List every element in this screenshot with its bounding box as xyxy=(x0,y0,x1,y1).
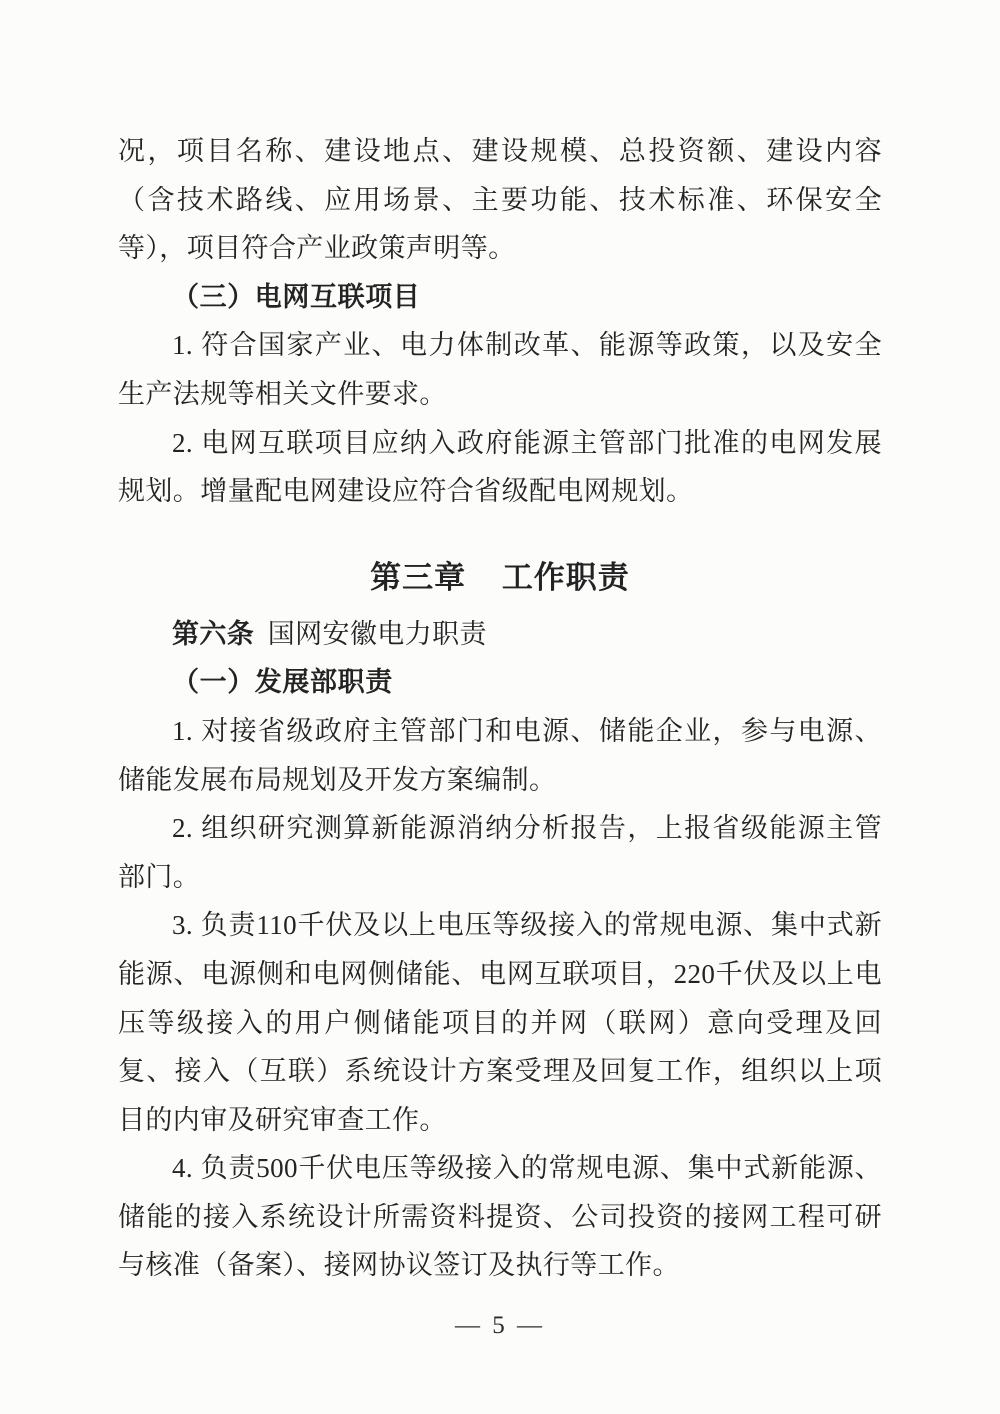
development-duty-3: 3. 负责110千伏及以上电压等级接入的常规电源、集中式新能源、电源侧和电网侧储… xyxy=(118,901,882,1144)
development-duty-4: 4. 负责500千伏电压等级接入的常规电源、集中式新能源、储能的接入系统设计所需… xyxy=(118,1144,882,1290)
page-content: 况，项目名称、建设地点、建设规模、总投资额、建设内容（含技术路线、应用场景、主要… xyxy=(0,0,1000,1290)
grid-section-item-2: 2. 电网互联项目应纳入政府能源主管部门批准的电网发展规划。增量配电网建设应符合… xyxy=(118,419,882,516)
article-title: 国网安徽电力职责 xyxy=(268,619,487,649)
heading-grid-interconnection-projects: （三）电网互联项目 xyxy=(118,273,882,322)
carryover-paragraph: 况，项目名称、建设地点、建设规模、总投资额、建设内容（含技术路线、应用场景、主要… xyxy=(118,127,882,273)
heading-development-dept-duties: （一）发展部职责 xyxy=(118,658,882,707)
chapter-title: 工作职责 xyxy=(502,560,630,595)
chapter-heading: 第三章工作职责 xyxy=(118,553,882,602)
article-number: 第六条 xyxy=(172,619,254,649)
document-page: 况，项目名称、建设地点、建设规模、总投资额、建设内容（含技术路线、应用场景、主要… xyxy=(0,0,1000,1414)
page-number: — 5 — xyxy=(0,1312,1000,1340)
development-duty-1: 1. 对接省级政府主管部门和电源、储能企业，参与电源、储能发展布局规划及开发方案… xyxy=(118,707,882,804)
development-duty-2: 2. 组织研究测算新能源消纳分析报告，上报省级能源主管部门。 xyxy=(118,804,882,901)
chapter-number: 第三章 xyxy=(370,560,466,595)
grid-section-item-1: 1. 符合国家产业、电力体制改革、能源等政策，以及安全生产法规等相关文件要求。 xyxy=(118,321,882,418)
article-line: 第六条国网安徽电力职责 xyxy=(118,610,882,659)
